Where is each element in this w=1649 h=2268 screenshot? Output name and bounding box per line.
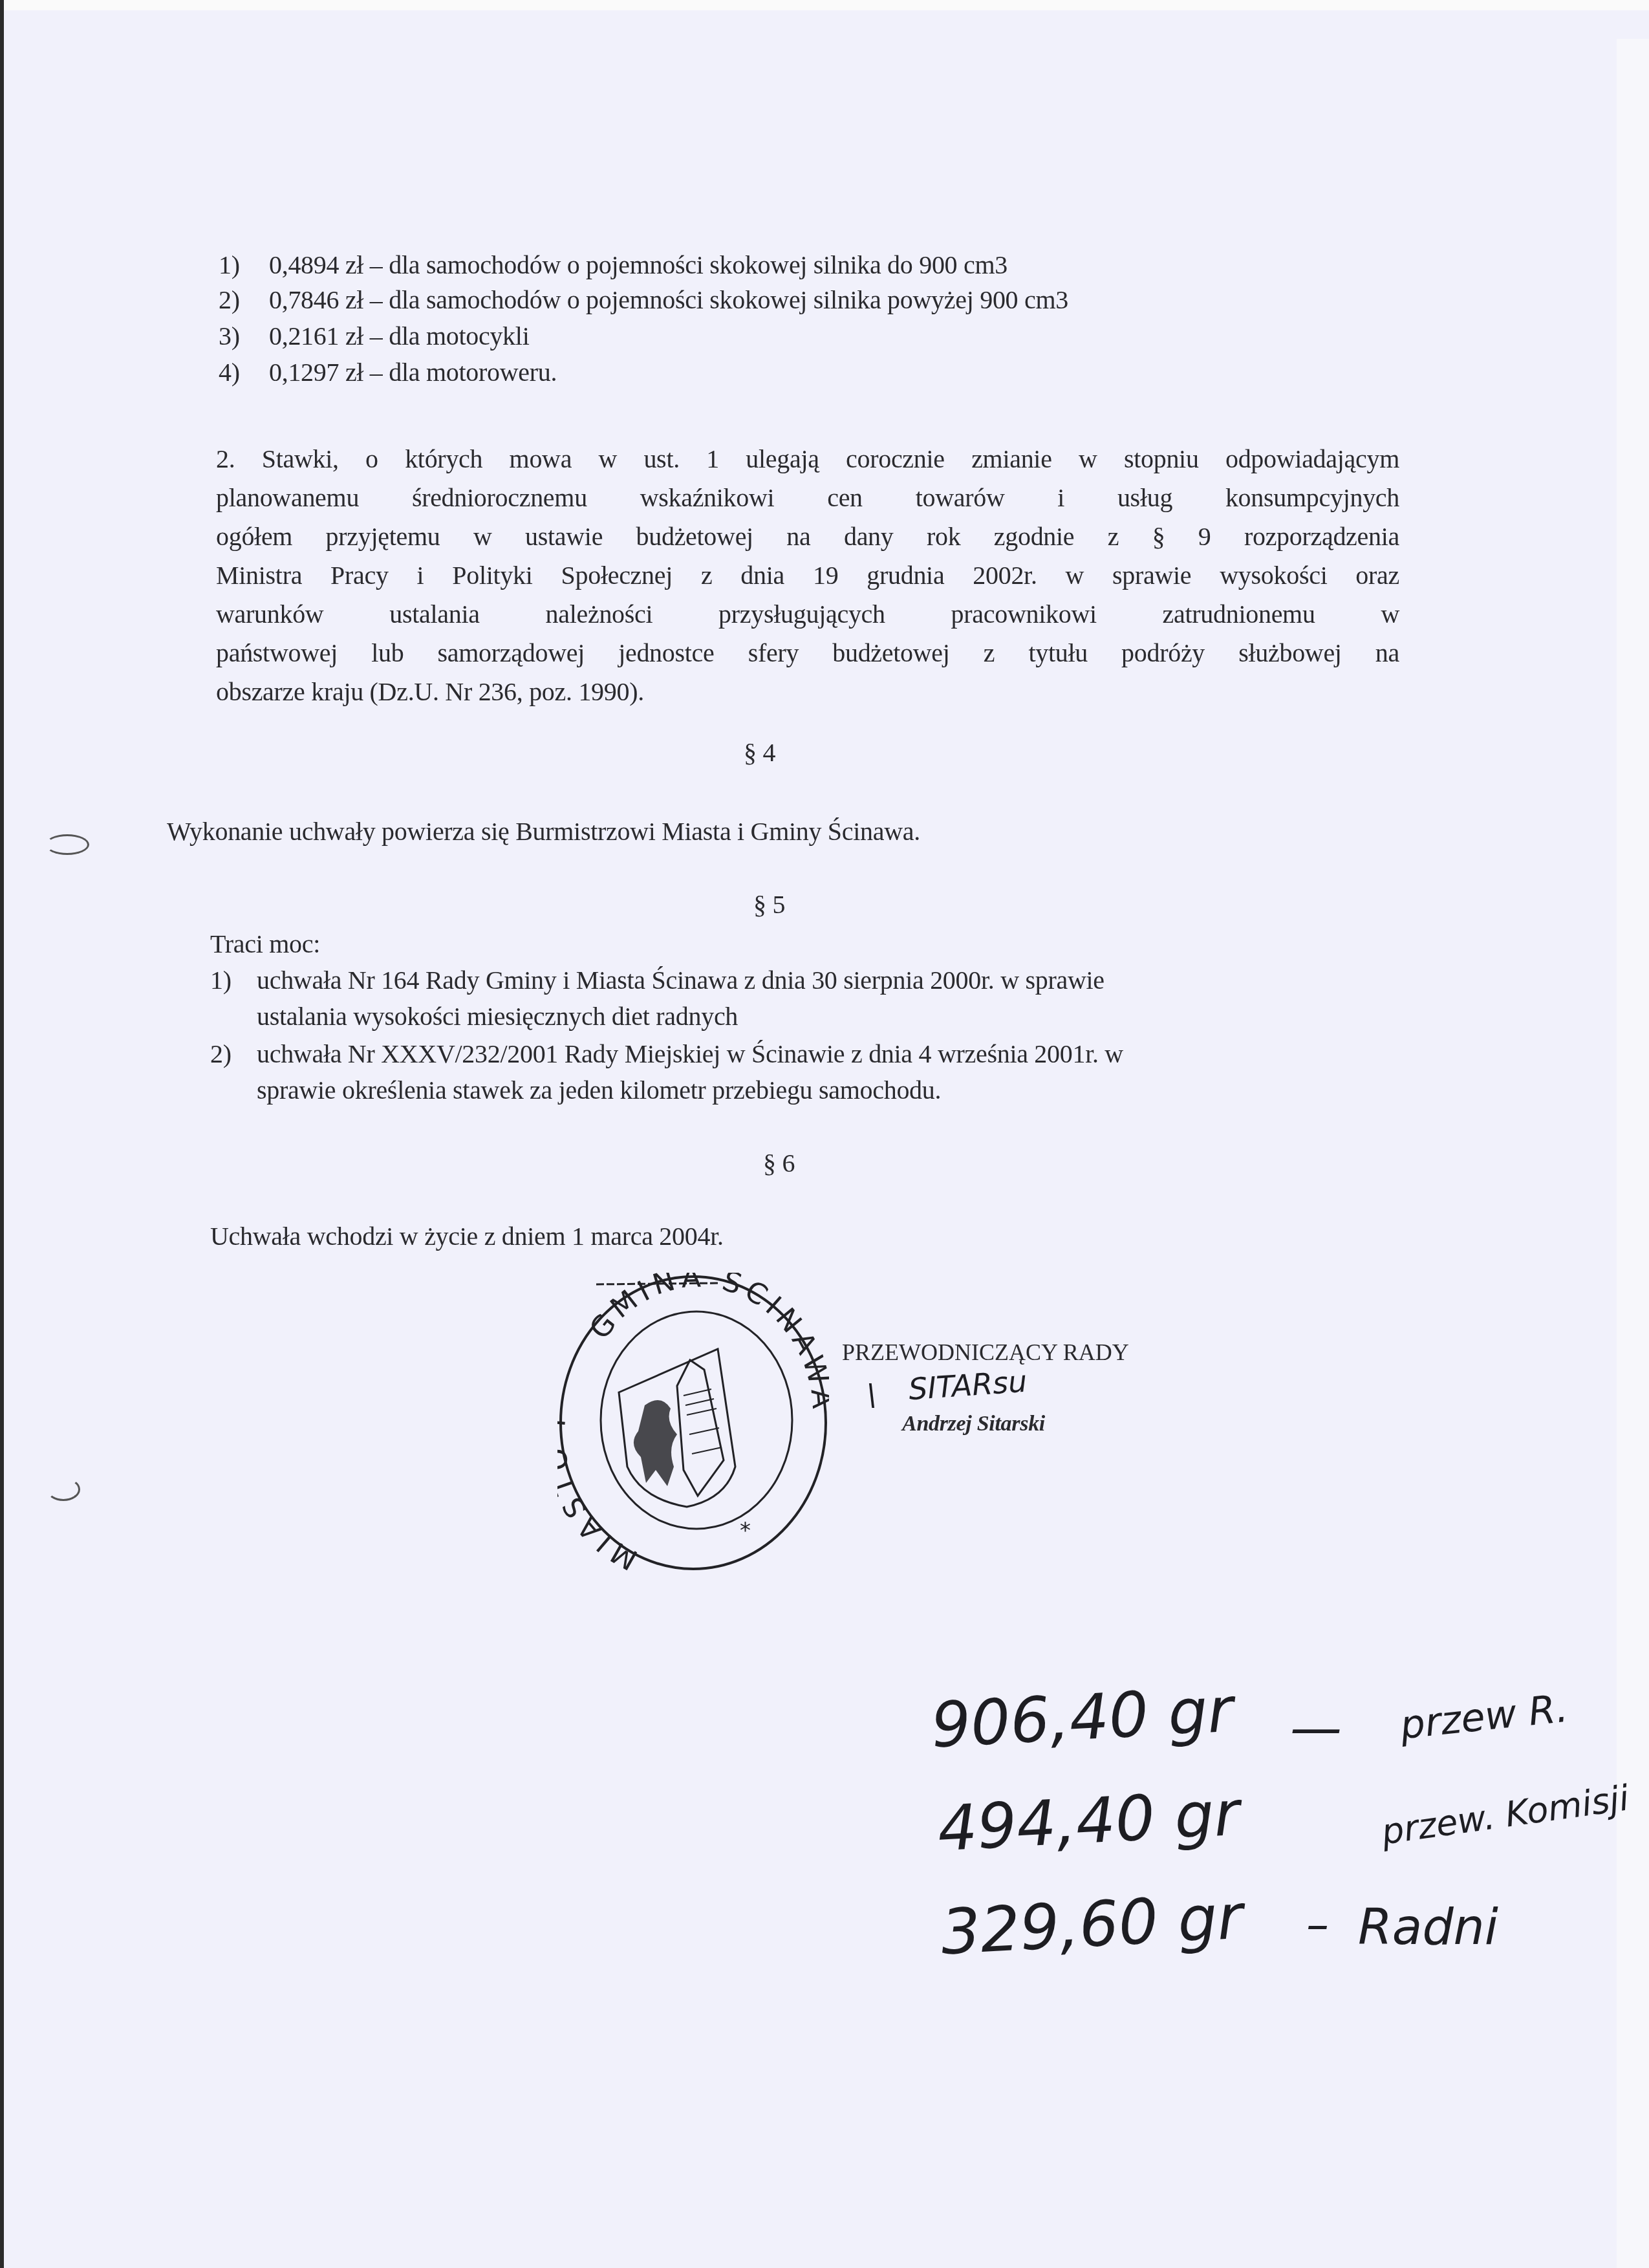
svg-text:*: * [740,1518,751,1544]
punch-hole-top [45,834,89,855]
section-4-text: Wykonanie uchwały powierza się Burmistrz… [167,816,920,847]
signature-scribble: SITARsu [907,1364,1028,1407]
section-5-intro: Traci moc: [210,929,320,960]
note-label: przew. Komisji [1379,1777,1631,1852]
svg-text:GMINA ŚCINAWA: GMINA ŚCINAWA [583,1273,829,1415]
rate-item: 2)0,7846 zł – dla samochodów o pojemnośc… [219,285,1068,316]
document-page: 1)0,4894 zł – dla samochodów o pojemnośc… [0,0,1649,2268]
rate-item: 4)0,1297 zł – dla motoroweru. [219,357,557,388]
signature-stroke: \ [867,1377,877,1412]
rates-paragraph-2: 2. Stawki, o których mowa w ust. 1 ulega… [216,440,1399,711]
repealed-item: 2)uchwała Nr XXXV/232/2001 Rady Miejskie… [210,1039,1123,1070]
repealed-item-cont: ustalania wysokości miesięcznych diet ra… [257,1001,738,1032]
note-amount: 494,40 gr [936,1777,1241,1865]
note-amount: 329,60 gr [939,1881,1244,1969]
note-amount: 906,40 gr [929,1674,1234,1762]
signature-title: PRZEWODNICZĄCY RADY [842,1337,1129,1368]
note-label: przew R. [1398,1686,1570,1749]
signature-name: Andrzej Sitarski [902,1409,1045,1440]
note-label: Radni [1358,1898,1498,1956]
svg-text:MIASTO I: MIASTO I [557,1412,643,1573]
section-6-text: Uchwała wchodzi w życie z dniem 1 marca … [210,1221,724,1252]
note-dash: – [1306,1898,1329,1951]
note-dash: — [1290,1698,1342,1758]
stamp-seal-icon: GMINA ŚCINAWA MIASTO I * [557,1273,829,1573]
section-5-heading: § 5 [753,889,785,920]
repealed-item-cont: sprawie określenia stawek za jeden kilom… [257,1075,941,1106]
repealed-item: 1)uchwała Nr 164 Rady Gminy i Miasta Ści… [210,965,1105,996]
rate-item: 3)0,2161 zł – dla motocykli [219,321,529,352]
punch-hole-bottom [47,1478,80,1501]
section-4-heading: § 4 [744,737,775,768]
section-6-heading: § 6 [763,1148,795,1179]
official-stamp: GMINA ŚCINAWA MIASTO I * [557,1273,829,1573]
rate-item: 1)0,4894 zł – dla samochodów o pojemnośc… [219,250,1008,281]
